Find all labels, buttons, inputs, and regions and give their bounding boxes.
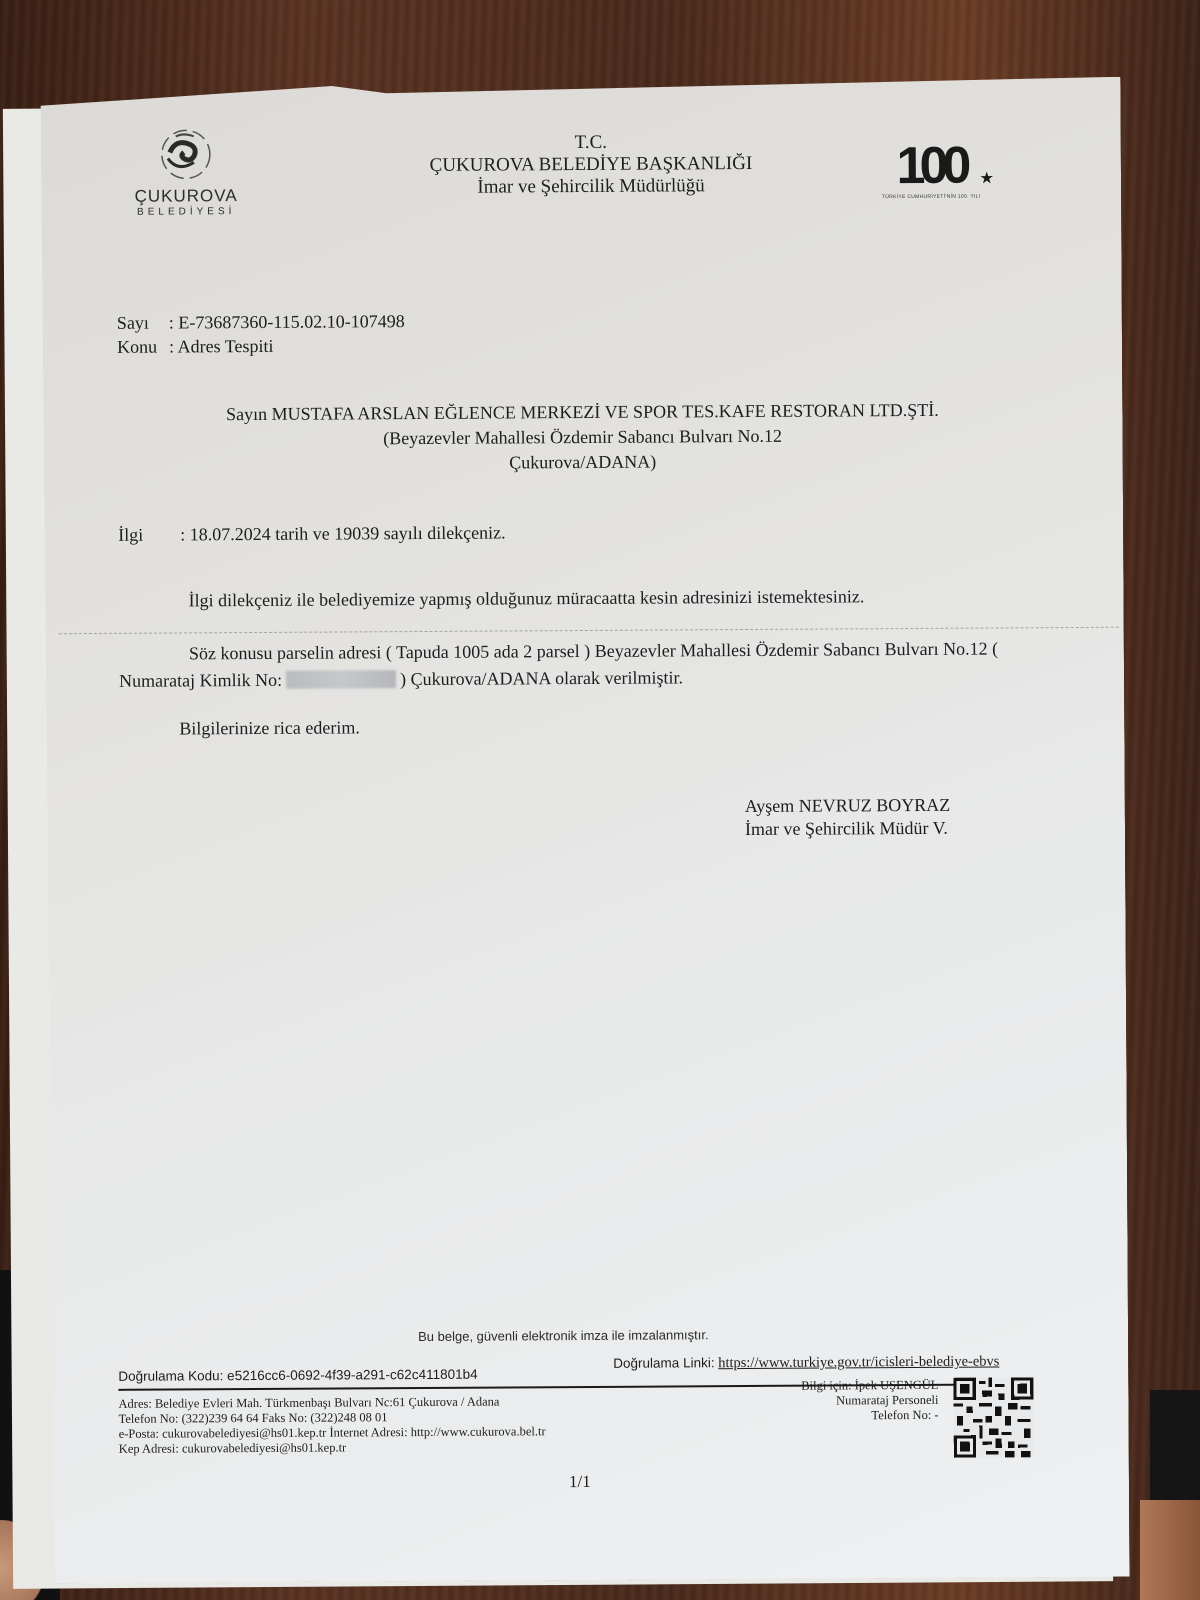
footer-contact: Adres: Belediye Evleri Mah. Türkmenbaşı … bbox=[118, 1394, 545, 1457]
footer-kep: Kep Adresi: cukurovabelediyesi@hs01.kep.… bbox=[119, 1439, 546, 1457]
verification-link-label: Doğrulama Linki: bbox=[613, 1355, 714, 1371]
ilgi-value: : 18.07.2024 tarih ve 19039 sayılı dilek… bbox=[180, 522, 506, 544]
addressee-line-3: Çukurova/ADANA) bbox=[103, 447, 1063, 478]
footer-email-web: e-Posta: cukurovabelediyesi@hs01.kep.tr … bbox=[119, 1424, 546, 1442]
esignature-note: Bu belge, güvenli elektronik imza ile im… bbox=[418, 1327, 709, 1344]
page-number: 1/1 bbox=[569, 1472, 591, 1492]
tc-label: T.C. bbox=[341, 130, 841, 155]
logo-subtitle: BELEDİYESİ bbox=[121, 206, 251, 218]
signer-name: Ayşem NEVRUZ BOYRAZ bbox=[745, 794, 950, 818]
verification-code-value: e5216cc6-0692-4f39-a291-c62c411801b4 bbox=[227, 1367, 478, 1384]
body-paragraph-2: Söz konusu parselin adresi ( Tapuda 1005… bbox=[119, 635, 1059, 695]
document-meta: Sayı: E-73687360-115.02.10-107498 Konu: … bbox=[117, 309, 405, 359]
sayi-value: : E-73687360-115.02.10-107498 bbox=[169, 311, 405, 332]
sayi-label: Sayı bbox=[117, 311, 169, 335]
official-letter: ÇUKUROVA BELEDİYESİ T.C. ÇUKUROVA BELEDİ… bbox=[40, 77, 1129, 1584]
dark-object-right bbox=[1150, 1390, 1200, 1510]
star-icon: ★ bbox=[980, 151, 993, 203]
info-contact-role: Numarataj Personeli bbox=[748, 1393, 938, 1409]
konu-label: Konu bbox=[117, 335, 169, 359]
letterhead: T.C. ÇUKUROVA BELEDİYE BAŞKANLIĞI İmar v… bbox=[341, 130, 841, 199]
logo-100-text: 100★ bbox=[861, 139, 1001, 192]
signer-title: İmar ve Şehircilik Müdür V. bbox=[745, 817, 950, 841]
konu-row: Konu: Adres Tespiti bbox=[117, 333, 405, 359]
ilgi-label: İlgi bbox=[118, 524, 180, 545]
konu-value: : Adres Tespiti bbox=[169, 336, 274, 357]
cukurova-belediyesi-logo-icon bbox=[156, 122, 216, 182]
logo-name: ÇUKUROVA bbox=[121, 186, 251, 207]
body-paragraph-3: Bilgilerinize rica ederim. bbox=[179, 717, 360, 739]
signature-block: Ayşem NEVRUZ BOYRAZ İmar ve Şehircilik M… bbox=[745, 794, 951, 841]
info-contact-phone: Telefon No: - bbox=[749, 1408, 939, 1424]
body-paragraph-1: İlgi dilekçeniz ile belediyemize yapmış … bbox=[189, 586, 865, 611]
verification-link-url[interactable]: https://www.turkiye.gov.tr/icisleri-bele… bbox=[718, 1353, 999, 1371]
verification-code: Doğrulama Kodu: e5216cc6-0692-4f39-a291-… bbox=[118, 1367, 477, 1384]
para2-after: ) Çukurova/ADANA olarak verilmiştir. bbox=[400, 667, 683, 689]
sayi-row: Sayı: E-73687360-115.02.10-107498 bbox=[117, 309, 405, 335]
verification-link: Doğrulama Linki: https://www.turkiye.gov… bbox=[613, 1353, 999, 1372]
footer-info-contact: Bilgi için: İpek UŞENGÜL Numarataj Perso… bbox=[748, 1378, 938, 1424]
footer-address: Adres: Belediye Evleri Mah. Türkmenbaşı … bbox=[118, 1394, 545, 1412]
info-contact-name: Bilgi için: İpek UŞENGÜL bbox=[748, 1378, 938, 1394]
verification-code-label: Doğrulama Kodu: bbox=[118, 1368, 223, 1384]
organization-name: ÇUKUROVA BELEDİYE BAŞKANLIĞI bbox=[341, 152, 841, 177]
department-name: İmar ve Şehircilik Müdürlüğü bbox=[341, 174, 841, 199]
redacted-numarataj-id bbox=[286, 670, 396, 689]
hand-finger-right bbox=[1140, 1500, 1200, 1600]
addressee: Sayın MUSTAFA ARSLAN EĞLENCE MERKEZİ VE … bbox=[102, 397, 1062, 478]
qr-code-icon bbox=[953, 1377, 1033, 1457]
turkiye-100-yil-logo-icon: 100★ TÜRKİYE CUMHURİYETİ'NİN 100. YILI bbox=[861, 139, 1001, 200]
cukurova-logo: ÇUKUROVA BELEDİYESİ bbox=[121, 122, 252, 218]
fold-line bbox=[59, 627, 1119, 634]
ilgi-row: İlgi: 18.07.2024 tarih ve 19039 sayılı d… bbox=[118, 522, 506, 545]
